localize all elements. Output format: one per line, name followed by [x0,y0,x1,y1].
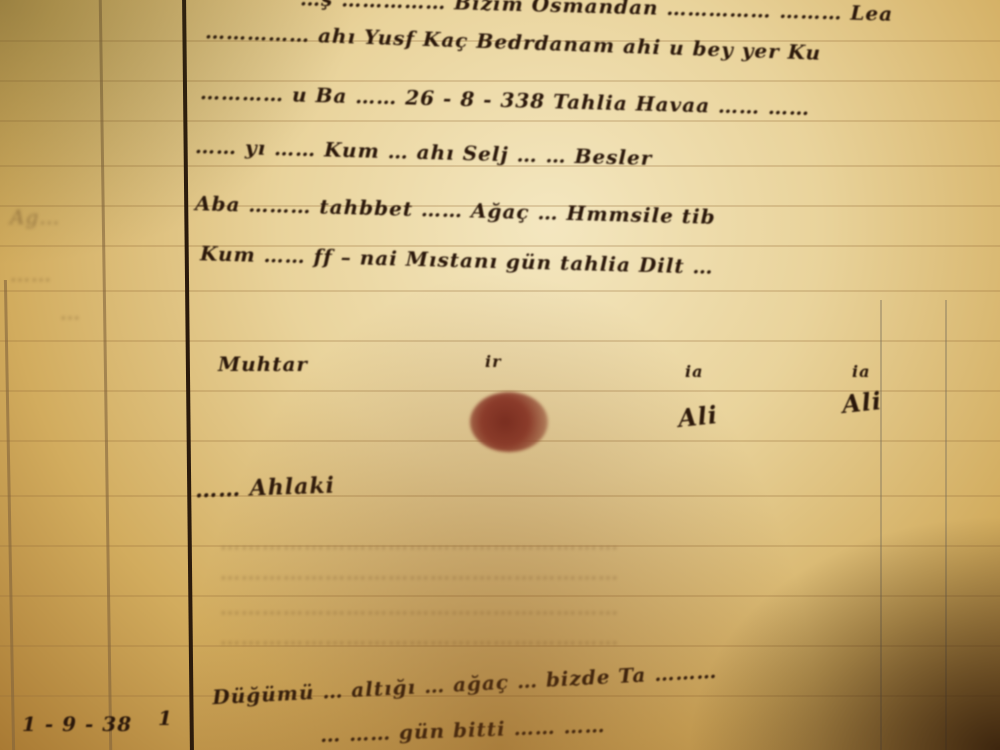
signature: Ali [677,400,720,433]
ruling-line [0,340,1000,342]
mark: ia [685,362,703,381]
ruling-line [0,80,1000,82]
margin-text: Ag… [10,205,60,229]
ruling-line [0,495,1000,497]
handwritten-line: Aba ……… tahbbet …… Ağaç … Hmmsile tib [195,191,716,229]
column-rule [945,300,947,750]
signature: Ali [841,386,884,419]
handwritten-line: …ş …………… Bizim Osmandan …………… ……… Lea [300,0,894,26]
column-rule [880,300,882,750]
entry-date: 1 - 9 - 38 [22,712,132,736]
faint-line: ………………………………………………… [220,595,619,619]
column-rule [4,280,15,750]
margin-text: …… [10,262,52,286]
faint-line: ………………………………………………… [220,560,619,584]
document-photo: Ag… …… … …ş …………… Bizim Osmandan …………… …… [0,0,1000,750]
handwritten-line: ………… u Ba …… 26 - 8 - 338 Tahlia Havaa …… [200,80,810,120]
faint-line: ………………………………………………… [220,530,619,554]
entry-number: 1 [158,706,173,730]
ruling-line [0,290,1000,292]
margin-text: … [60,300,81,324]
ruling-line [0,120,1000,122]
mark: ia [852,362,870,381]
entry-text: Düğümü … altığı … ağaç … bizde Ta ……… [212,659,718,709]
lower-label: …… Ahlaki [195,473,336,504]
mark: ir [485,352,502,371]
entry-text: … …… gün bitti …… …… [320,713,606,747]
ruling-line [0,695,1000,697]
muhtar-label: Muhtar [218,352,308,376]
faint-line: ………………………………………………… [220,625,619,649]
handwritten-line: …………… ahı Yusf Kaç Bedrdanam ahi u bey y… [205,19,822,64]
margin-rule [182,0,194,750]
ruling-line [0,245,1000,247]
ink-seal [470,392,548,452]
column-rule [99,0,112,750]
